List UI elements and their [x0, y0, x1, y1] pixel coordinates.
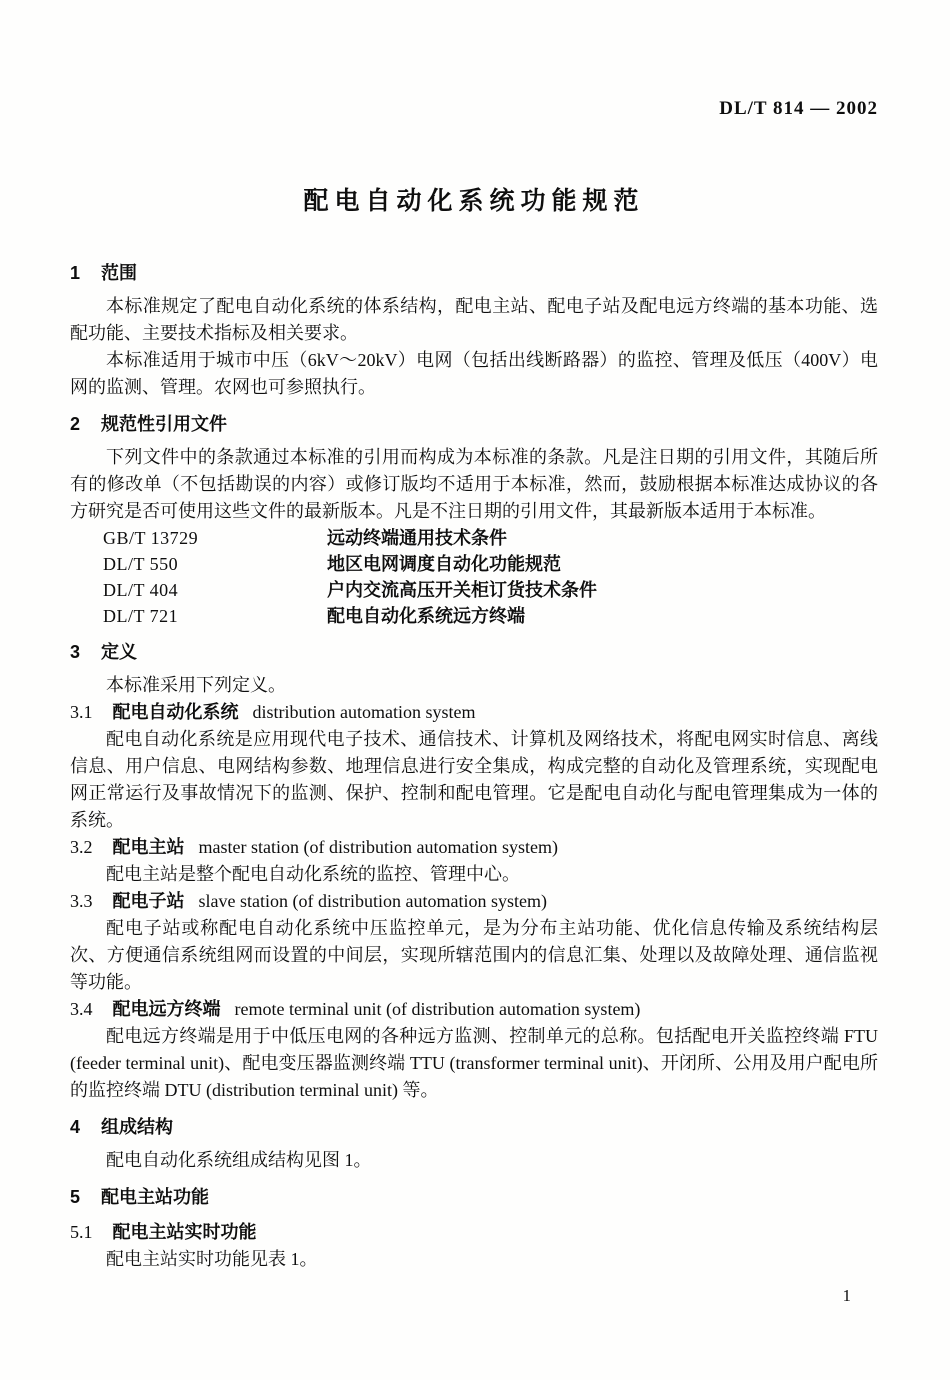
section-1-paragraph-2: 本标准适用于城市中压（6kV～20kV）电网（包括出线断路器）的监控、管理及低压…: [70, 347, 878, 401]
reference-code: DL/T 550: [103, 551, 327, 577]
document-page: DL/T 814 — 2002 配电自动化系统功能规范 1范围 本标准规定了配电…: [0, 0, 950, 1380]
section-2-heading: 2规范性引用文件: [70, 411, 878, 438]
section-5-paragraph-1: 配电主站实时功能见表 1。: [70, 1246, 878, 1273]
section-4-heading: 4组成结构: [70, 1114, 878, 1141]
definition-number: 3.2: [70, 834, 93, 861]
section-2-number: 2: [70, 411, 80, 438]
normative-references-list: GB/T 13729 远动终端通用技术条件 DL/T 550 地区电网调度自动化…: [70, 525, 878, 629]
definition-number: 3.4: [70, 996, 93, 1023]
definition-3-3-heading: 3.3配电子站slave station (of distribution au…: [70, 888, 878, 915]
definition-term-english: master station (of distribution automati…: [199, 837, 558, 857]
reference-row: DL/T 550 地区电网调度自动化功能规范: [103, 551, 878, 577]
reference-title: 户内交流高压开关柜订货技术条件: [327, 577, 597, 603]
section-5-title: 配电主站功能: [101, 1187, 209, 1207]
section-4-paragraph-1: 配电自动化系统组成结构见图 1。: [70, 1147, 878, 1174]
definition-term: 配电主站: [113, 834, 185, 861]
definition-number: 3.1: [70, 699, 93, 726]
definition-term-english: slave station (of distribution automatio…: [199, 891, 547, 911]
definition-term: 配电自动化系统: [113, 699, 239, 726]
reference-title: 配电自动化系统远方终端: [327, 603, 525, 629]
standard-code: DL/T 814 — 2002: [719, 98, 878, 119]
section-3-title: 定义: [101, 642, 137, 662]
definition-3-1-body: 配电自动化系统是应用现代电子技术、通信技术、计算机及网络技术，将配电网实时信息、…: [70, 726, 878, 834]
section-1-paragraph-1: 本标准规定了配电自动化系统的体系结构，配电主站、配电子站及配电远方终端的基本功能…: [70, 293, 878, 347]
section-1-title: 范围: [101, 263, 137, 283]
section-5-heading: 5配电主站功能: [70, 1184, 878, 1211]
definition-term-english: remote terminal unit (of distribution au…: [235, 999, 641, 1019]
document-header: DL/T 814 — 2002: [70, 0, 878, 122]
section-2-title: 规范性引用文件: [101, 414, 227, 434]
definition-3-1-heading: 3.1配电自动化系统distribution automation system: [70, 699, 878, 726]
reference-row: GB/T 13729 远动终端通用技术条件: [103, 525, 878, 551]
reference-title: 地区电网调度自动化功能规范: [327, 551, 561, 577]
reference-code: GB/T 13729: [103, 525, 327, 551]
section-3-intro: 本标准采用下列定义。: [70, 672, 878, 699]
section-1-heading: 1范围: [70, 260, 878, 287]
definition-term-english: distribution automation system: [253, 702, 476, 722]
section-4-number: 4: [70, 1114, 80, 1141]
section-5-number: 5: [70, 1184, 80, 1211]
definition-3-4-heading: 3.4配电远方终端remote terminal unit (of distri…: [70, 996, 878, 1023]
section-4-title: 组成结构: [101, 1117, 173, 1137]
subsection-title: 配电主站实时功能: [113, 1219, 257, 1246]
subsection-5-1-heading: 5.1配电主站实时功能: [70, 1219, 878, 1246]
definition-3-2-body: 配电主站是整个配电自动化系统的监控、管理中心。: [70, 861, 878, 888]
reference-row: DL/T 404 户内交流高压开关柜订货技术条件: [103, 577, 878, 603]
document-title: 配电自动化系统功能规范: [70, 184, 878, 218]
reference-code: DL/T 721: [103, 603, 327, 629]
reference-code: DL/T 404: [103, 577, 327, 603]
definition-term: 配电远方终端: [113, 996, 221, 1023]
definition-term: 配电子站: [113, 888, 185, 915]
definition-3-2-heading: 3.2配电主站master station (of distribution a…: [70, 834, 878, 861]
section-3-number: 3: [70, 639, 80, 666]
reference-row: DL/T 721 配电自动化系统远方终端: [103, 603, 878, 629]
subsection-number: 5.1: [70, 1219, 93, 1246]
definition-3-3-body: 配电子站或称配电自动化系统中压监控单元，是为分布主站功能、优化信息传输及系统结构…: [70, 915, 878, 996]
section-3-heading: 3定义: [70, 639, 878, 666]
definition-number: 3.3: [70, 888, 93, 915]
section-2-paragraph-1: 下列文件中的条款通过本标准的引用而构成为本标准的条款。凡是注日期的引用文件，其随…: [70, 444, 878, 525]
reference-title: 远动终端通用技术条件: [327, 525, 507, 551]
section-1-number: 1: [70, 260, 80, 287]
page-number: 1: [843, 1286, 852, 1306]
definition-3-4-body: 配电远方终端是用于中低压电网的各种远方监测、控制单元的总称。包括配电开关监控终端…: [70, 1023, 878, 1104]
